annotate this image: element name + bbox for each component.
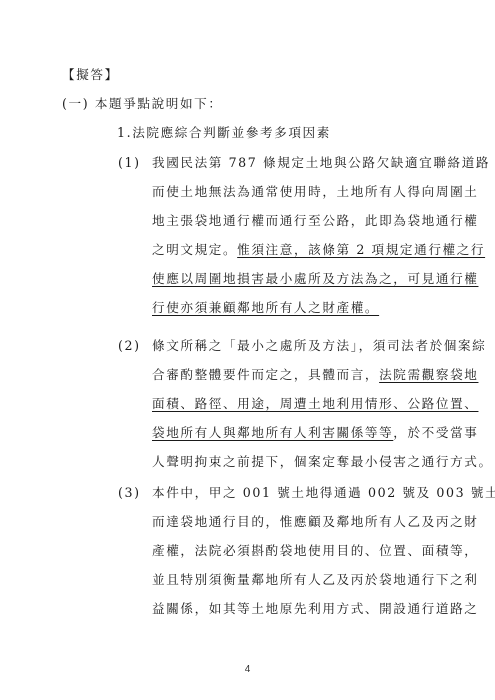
paragraph-line: 行使亦須兼顧鄰地所有人之財產權。	[152, 300, 379, 316]
underlined-text: 行使亦須兼顧鄰地所有人之財產權。	[152, 300, 379, 315]
paragraph-line: 之明文規定。惟須注意，該條第 2 項規定通行權之行	[152, 242, 485, 258]
item-marker: (1)	[118, 155, 141, 171]
paragraph-line: 而達袋地通行目的，惟應顧及鄰地所有人乙及丙之財	[152, 514, 478, 530]
paragraph-line: 地主張袋地通行權而通行至公路，此即為袋地通行權	[152, 213, 478, 229]
subsection-one-heading: 1.法院應綜合判斷並參考多項因素	[117, 125, 331, 141]
paragraph-line: 條文所稱之「最小之處所及方法」，須司法者於個案綜	[152, 338, 486, 354]
page-number: 4	[0, 664, 495, 675]
paragraph-line: 袋地所有人與鄰地所有人利害關係等等，於不受當事	[152, 425, 478, 441]
paragraph-line: 人聲明拘束之前提下，個案定奪最小侵害之通行方式。	[152, 454, 493, 470]
underlined-text: 法院需觀察袋地	[379, 367, 478, 382]
paragraph-line: 面積、路徑、用途，周遭土地利用情形、公路位置、	[152, 396, 478, 412]
text: 之明文規定。	[152, 242, 237, 257]
section-one-heading: (一) 本題爭點說明如下：	[62, 96, 223, 112]
paragraph-line: 而使土地無法為通常使用時，土地所有人得向周圍土	[152, 184, 478, 200]
paragraph-line: 本件中，甲之 001 號土地得通過 002 號及 003 號土地	[152, 485, 495, 501]
paragraph-line: 合審酌整體要件而定之，具體而言，法院需觀察袋地	[152, 367, 478, 383]
item-marker: (3)	[118, 485, 141, 501]
underlined-text: 使應以周圍地損害最小處所及方法為之，可見通行權	[152, 271, 478, 286]
item-marker: (2)	[118, 338, 141, 354]
paragraph-line: 並且特別須衡量鄰地所有人乙及丙於袋地通行下之利	[152, 572, 478, 588]
underlined-text: 面積、路徑、用途，周遭土地利用情形、公路位置、	[152, 396, 478, 411]
paragraph-line: 益關係，如其等土地原先利用方式、開設通行道路之	[152, 601, 478, 617]
underlined-text: 袋地所有人與鄰地所有人利害關係等等	[152, 425, 393, 440]
text: ，於不受當事	[393, 425, 478, 440]
paragraph-line: 我國民法第 787 條規定土地與公路欠缺適宜聯絡道路	[152, 155, 490, 171]
text: 合審酌整體要件而定之，具體而言，	[152, 367, 379, 382]
paragraph-line: 使應以周圍地損害最小處所及方法為之，可見通行權	[152, 271, 478, 287]
underlined-text: 惟須注意，該條第 2 項規定通行權之行	[237, 242, 485, 257]
answer-heading: 【擬答】	[62, 67, 119, 83]
paragraph-line: 產權，法院必須斟酌袋地使用目的、位置、面積等，	[152, 543, 478, 559]
